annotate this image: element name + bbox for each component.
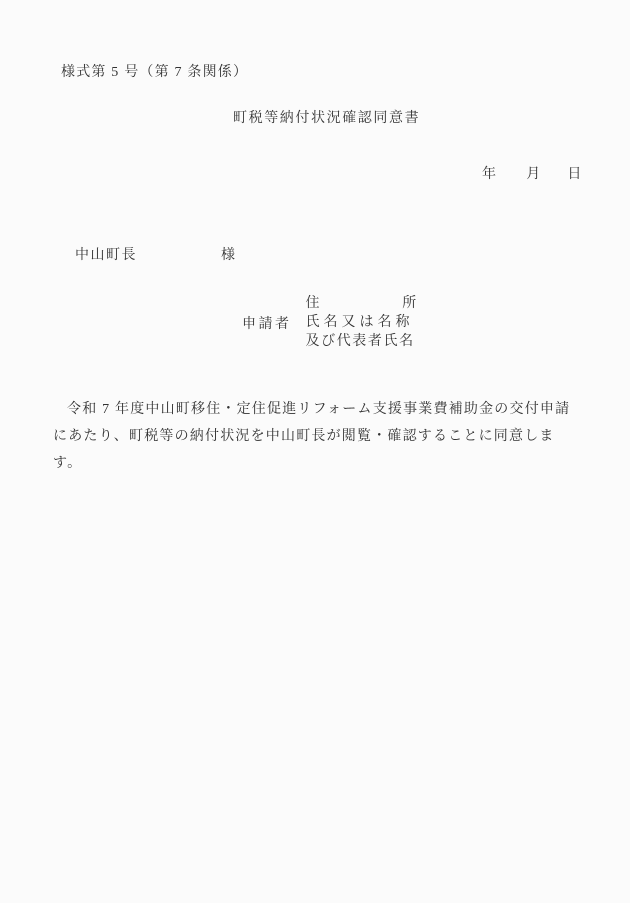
month-label: 月 [526, 163, 541, 183]
applicant-address-line: 住 所 [306, 294, 418, 313]
document-title: 町税等納付状況確認同意書 [233, 107, 420, 127]
applicant-name-line: 氏名又は名称 [306, 313, 418, 332]
address-label-left: 住 [306, 294, 321, 313]
consent-paragraph: 令和 7 年度中山町移住・定住促進リフォーム支援事業費補助金の交付申請にあたり、… [53, 396, 579, 477]
document-page: 様式第 5 号（第 7 条関係） 町税等納付状況確認同意書 年 月 日 中山町長… [0, 0, 630, 903]
addressee-honorific: 様 [221, 244, 237, 264]
applicant-block: 申請者 住 所 氏名又は名称 及び代表者氏名 [242, 294, 418, 351]
address-label-right: 所 [402, 294, 417, 313]
applicant-label: 申請者 [242, 313, 292, 333]
day-label: 日 [567, 163, 582, 183]
addressee-name: 中山町長 [75, 244, 137, 264]
addressee-line: 中山町長 様 [75, 244, 237, 264]
applicant-representative-line: 及び代表者氏名 [306, 332, 418, 351]
year-label: 年 [482, 163, 497, 183]
form-number: 様式第 5 号（第 7 条関係） [61, 61, 248, 81]
date-line: 年 月 日 [482, 163, 583, 183]
applicant-fields: 住 所 氏名又は名称 及び代表者氏名 [306, 294, 418, 351]
